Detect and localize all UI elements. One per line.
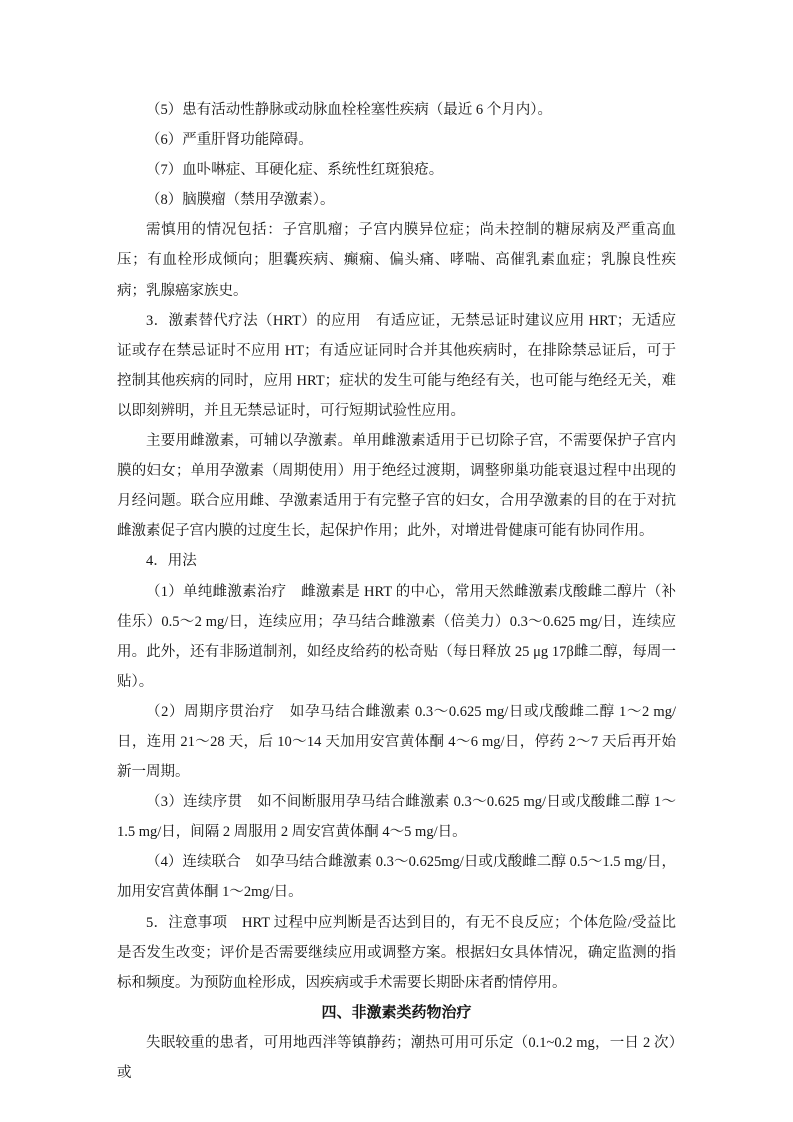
document-page: （5）患有活动性静脉或动脉血栓栓塞性疾病（最近 6 个月内）。（6）严重肝肾功能… bbox=[0, 0, 793, 1122]
paragraph: （5）患有活动性静脉或动脉血栓栓塞性疾病（最近 6 个月内）。 bbox=[117, 95, 676, 125]
paragraph: 需慎用的情况包括：子宫肌瘤；子宫内膜异位症；尚未控制的糖尿病及严重高血压；有血栓… bbox=[117, 215, 676, 305]
paragraph: 4．用法 bbox=[117, 546, 676, 576]
paragraph: （3）连续序贯 如不间断服用孕马结合雌激素 0.3～0.625 mg/日或戊酸雌… bbox=[117, 787, 676, 847]
paragraph: 失眠较重的患者，可用地西泮等镇静药；潮热可用可乐定（0.1~0.2 mg，一日 … bbox=[117, 1028, 676, 1088]
paragraph: （2）周期序贯治疗 如孕马结合雌激素 0.3～0.625 mg/日或戊酸雌二醇 … bbox=[117, 697, 676, 787]
paragraph: （7）血卟啉症、耳硬化症、系统性红斑狼疮。 bbox=[117, 155, 676, 185]
paragraph: 3．激素替代疗法（HRT）的应用 有适应证，无禁忌证时建议应用 HRT；无适应证… bbox=[117, 306, 676, 426]
document-body: （5）患有活动性静脉或动脉血栓栓塞性疾病（最近 6 个月内）。（6）严重肝肾功能… bbox=[117, 95, 676, 1088]
section-heading: 四、非激素类药物治疗 bbox=[117, 998, 676, 1028]
paragraph: 主要用雌激素，可辅以孕激素。单用雌激素适用于已切除子宫，不需要保护子宫内膜的妇女… bbox=[117, 426, 676, 546]
paragraph: （8）脑膜瘤（禁用孕激素）。 bbox=[117, 185, 676, 215]
paragraph: 5．注意事项 HRT 过程中应判断是否达到目的，有无不良反应；个体危险/受益比是… bbox=[117, 908, 676, 998]
paragraph: （6）严重肝肾功能障碍。 bbox=[117, 125, 676, 155]
paragraph: （1）单纯雌激素治疗 雌激素是 HRT 的中心，常用天然雌激素戊酸雌二醇片（补佳… bbox=[117, 577, 676, 697]
paragraph: （4）连续联合 如孕马结合雌激素 0.3～0.625mg/日或戊酸雌二醇 0.5… bbox=[117, 847, 676, 907]
